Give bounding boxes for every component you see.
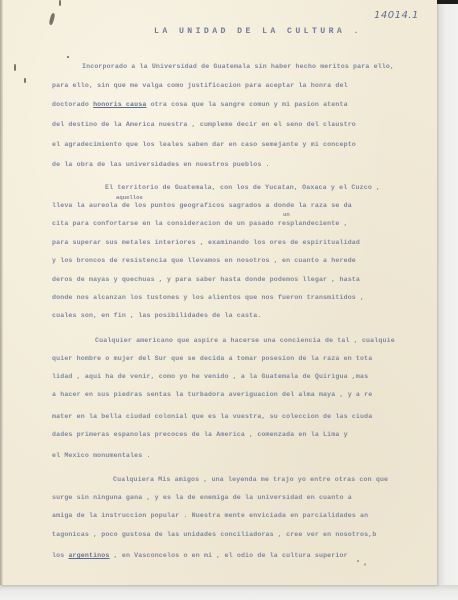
- text-line: Cualquiera Mis amigos , una leyenda me t…: [113, 475, 388, 484]
- text-line: quier hombre o mujer del Sur que se deci…: [52, 354, 372, 363]
- page-edge-shadow: [0, 0, 3, 585]
- scan-dark-strip: [437, 0, 458, 4]
- text-fragment: , en Vasconcelos o en mi , el odio de la…: [114, 552, 348, 559]
- text-line: lleva la aureola de los puntos geografic…: [52, 201, 352, 210]
- text-fragment: doctorado: [52, 101, 89, 108]
- ink-speck: [357, 560, 359, 562]
- handwritten-insertion: un: [283, 211, 290, 218]
- text-line: de la obra de las universidades en nuest…: [52, 160, 270, 169]
- text-line: amiga de la instruccion popular . Nuestr…: [52, 511, 368, 520]
- document-title: LA UNIDAD DE LA CULTURA .: [154, 27, 362, 36]
- text-line: tagonicas , poco gustosa de las unidades…: [52, 530, 376, 539]
- text-line: a hacer en sus piedras sentas la turbado…: [52, 390, 372, 399]
- text-line: Incorporado a la Universidad de Guatemal…: [82, 62, 394, 71]
- text-line: dades primeras espanolas precoces de la …: [52, 430, 348, 439]
- scan-background-right: [437, 0, 458, 600]
- ink-stain: [59, 0, 61, 6]
- text-line: surge sin ninguna gana , y es la de enem…: [52, 493, 352, 502]
- text-line: deros de mayas y quechuas , y para saber…: [52, 275, 360, 284]
- scan-background-bottom: [0, 585, 458, 600]
- handwritten-insertion: aquellos: [116, 194, 143, 201]
- text-line: para superar sus metales interiores , ex…: [52, 238, 360, 247]
- ink-stain: [67, 56, 69, 58]
- ink-speck: [364, 563, 366, 566]
- text-line: los argentinos , en Vasconcelos o en mi …: [52, 551, 348, 560]
- text-line: Cualquier americano que aspire a hacerse…: [95, 336, 395, 345]
- underlined-term: argentinos: [68, 552, 109, 559]
- text-line: del destino de la America nuestra , cump…: [52, 120, 356, 129]
- ink-stain: [24, 78, 26, 83]
- text-fragment: otra cosa que la sangre comun y mi pasio…: [151, 101, 348, 108]
- text-line: mater en la bella ciudad colonial que es…: [52, 412, 372, 421]
- ink-stain: [14, 64, 16, 71]
- text-line: doctorado honoris causa otra cosa que la…: [52, 100, 348, 109]
- ink-stain: [49, 13, 56, 26]
- text-line: y los broncos de resistencia que llevamo…: [52, 256, 356, 265]
- text-line: para ello, sin que me valga como justifi…: [52, 81, 348, 90]
- underlined-term: honoris causa: [93, 101, 146, 108]
- text-line: cita para confortarse en la consideracio…: [52, 219, 348, 228]
- text-line: lidad , aqui ha de venir, como yo he ven…: [52, 372, 368, 381]
- text-line: cuales son, en fin , las posibilidades d…: [52, 311, 261, 320]
- text-fragment: los: [52, 552, 64, 559]
- archive-number: 14014.1: [374, 10, 419, 21]
- text-line: el agradecimiento que los leales saben d…: [52, 140, 356, 149]
- text-line: donde nos alcanzan los tustones y los al…: [52, 293, 364, 302]
- text-line: el Mexico monumentales .: [52, 451, 151, 460]
- text-line: El territorio de Guatemala, con los de Y…: [105, 183, 380, 192]
- typewritten-page: 14014.1 LA UNIDAD DE LA CULTURA . Incorp…: [0, 0, 437, 585]
